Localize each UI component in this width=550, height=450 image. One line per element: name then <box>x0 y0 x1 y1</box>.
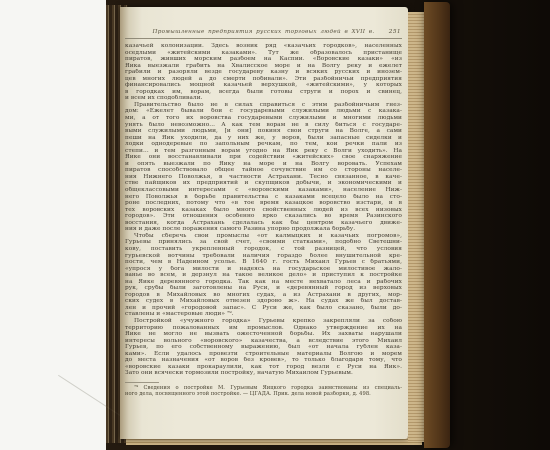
body-text-line: пиратов, живших морским разбоем на Каспи… <box>125 56 402 63</box>
body-text-line: Гурьев, по его собственному выражению, б… <box>125 344 402 351</box>
header-rule <box>125 38 402 39</box>
body-text-line: ми, а от того их воровства государевыми … <box>125 115 402 122</box>
body-text-line: пости, чем в Надеином усолье. В 1640 г. … <box>125 259 402 266</box>
body-text-line: казачьей колонизации. Здесь возник ряд «… <box>125 43 402 50</box>
book-cover <box>424 2 450 448</box>
running-header: Промышленные предприятия русских торговы… <box>125 28 402 36</box>
body-text: казачьей колонизации. Здесь возник ряд «… <box>125 43 402 377</box>
page-content: Промышленные предприятия русских торговы… <box>125 28 402 397</box>
body-text-line: городов». Эти отношения особенно ярко ск… <box>125 213 402 220</box>
footnote-text: ⁷⁹ Сведения о постройке М. Гурьевым Яицк… <box>125 385 402 397</box>
footnote: ⁷⁹ Сведения о постройке М. Гурьевым Яицк… <box>125 382 402 397</box>
body-text-line: Зато они всячески тормозили постройку, н… <box>125 370 402 377</box>
body-text-line: выми служилыми людьми, [и они] покиня св… <box>125 128 402 135</box>
body-text-line: общеклассовыми интересами с «воровскими … <box>125 187 402 194</box>
body-text-line: кову, поставить укрепленный городок, с т… <box>125 246 402 253</box>
body-text-line: Постройкой «учужного городка» Гурьевы кр… <box>125 318 402 325</box>
body-text-line: пиратов способствовало общее тайное сочу… <box>125 167 402 174</box>
body-text-line: ванье во всем, и дерзнул на такое велико… <box>125 272 402 279</box>
body-text-line: Яике не могло не вызвать ожесточенной бо… <box>125 331 402 338</box>
footnote-line: ного дела, посвященного этой постройке. … <box>125 391 402 397</box>
body-text-line: Гурьевы принялись за свой счет, «своими … <box>125 239 402 246</box>
body-text-line: до места назначения «от воров без кровев… <box>125 357 402 364</box>
body-text-line: Яике они восстанавливали при содействии … <box>125 154 402 161</box>
body-text-line: рук, срубы были заготовлены на Руси, и «… <box>125 285 402 292</box>
body-text-line: финансировались мощной казачьей верхушко… <box>125 82 402 89</box>
body-text-line: лодки однодеревые по запольным речкам, п… <box>125 141 402 148</box>
fore-edge-page-stack <box>408 12 424 442</box>
footnote-rule <box>125 382 159 383</box>
book-photo: Промышленные предприятия русских торговы… <box>0 0 550 450</box>
body-text-line: ских судех в Михайловых отвезен здорово … <box>125 298 402 305</box>
header-title: Промышленные предприятия русских торговы… <box>153 29 375 35</box>
body-text-line: грабили и разоряли везде государеву казн… <box>125 69 402 76</box>
page-number: 251 <box>389 28 401 36</box>
body-text-line: роне последних, потому что «в тое время … <box>125 200 402 207</box>
